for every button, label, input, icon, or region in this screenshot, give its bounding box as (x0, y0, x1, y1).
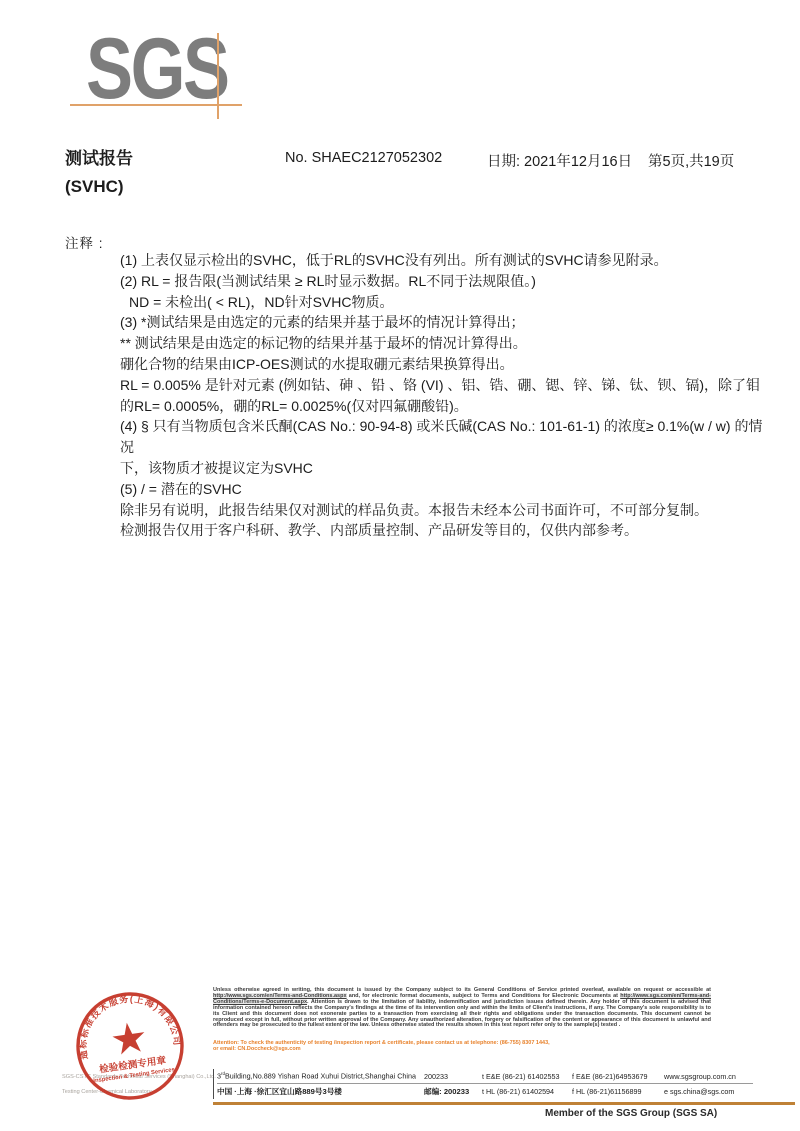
note-line: (4) § 只有当物质包含米氏酮(CAS No.: 90-94-8) 或米氏碱(… (65, 416, 765, 458)
postcode-cn: 邮编: 200233 (424, 1086, 482, 1097)
address-row-cn: 中国 ·上海 ·徐汇区宜山路889号3号楼 邮编: 200233 t HL (8… (217, 1084, 753, 1099)
address-en: 3rdBuilding,No.889 Yishan Road Xuhui Dis… (217, 1071, 424, 1080)
note-line: (5) / = 潜在的SVHC (65, 479, 765, 500)
note-line: (3) *测试结果是由选定的元素的结果并基于最坏的情况计算得出； (65, 312, 765, 333)
note-line: ND = 未检出( < RL)，ND针对SVHC物质。 (65, 292, 765, 313)
attention-line2: or email: CN.Doccheck@sgs.com (213, 1046, 301, 1052)
stamp-star-icon: ★ (107, 1013, 151, 1065)
sgs-member-line: Member of the SGS Group (SGS SA) (545, 1108, 717, 1119)
note-line: 除非另有说明，此报告结果仅对测试的样品负责。本报告未经本公司书面许可，不可部分复… (65, 500, 765, 521)
email: e sgs.china@sgs.com (664, 1087, 753, 1096)
notes-label: 注释 : (65, 232, 104, 252)
website: www.sgsgroup.com.cn (664, 1072, 753, 1081)
report-number: No. SHAEC2127052302 (285, 150, 442, 166)
address-block: 3rdBuilding,No.889 Yishan Road Xuhui Dis… (213, 1069, 753, 1099)
note-line: 硼化合物的结果由ICP-OES测试的水提取硼元素结果换算得出。 (65, 354, 765, 375)
postcode-en: 200233 (424, 1072, 482, 1081)
report-date: 日期: 2021年12月16日 (487, 150, 632, 171)
note-line: (1) 上表仅显示检出的SVHC，低于RL的SVHC没有列出。所有测试的SVHC… (65, 250, 765, 271)
tel-ee: t E&E (86-21) 61402553 (482, 1072, 572, 1081)
footer-orange-rule (213, 1102, 795, 1105)
legal-disclaimer: Unless otherwise agreed in writing, this… (213, 988, 711, 1029)
note-line: 的RL= 0.0005%，硼的RL= 0.0025%(仅对四氟硼酸铅)。 (65, 396, 765, 417)
attention-notice: Attention: To check the authenticity of … (213, 1041, 711, 1053)
page-title-line1: 测试报告 (65, 145, 133, 173)
page-title: 测试报告 (SVHC) (65, 145, 133, 201)
logo-vertical-line (217, 33, 219, 119)
report-page: SGS 测试报告 (SVHC) No. SHAEC2127052302 日期: … (0, 0, 800, 1131)
fax-hl: f HL (86-21)61156899 (572, 1087, 664, 1096)
note-line: (2) RL = 报告限(当测试结果 ≥ RL时显示数据。RL不同于法规限值。) (65, 271, 765, 292)
address-row-en: 3rdBuilding,No.889 Yishan Road Xuhui Dis… (217, 1069, 753, 1084)
note-line: ** 测试结果是由选定的标记物的结果并基于最坏的情况计算得出。 (65, 333, 765, 354)
inspection-seal-stamp: 通标标准技术服务(上海)有限公司 ★ 检验检测专用章 Inspection & … (45, 961, 214, 1130)
note-line: 下，该物质才被提议定为SVHC (65, 458, 765, 479)
notes-list: (1) 上表仅显示检出的SVHC，低于RL的SVHC没有列出。所有测试的SVHC… (65, 250, 765, 541)
page-count: 第5页,共19页 (648, 150, 734, 171)
address-cn: 中国 ·上海 ·徐汇区宜山路889号3号楼 (217, 1086, 424, 1097)
logo-horizontal-line (70, 104, 242, 106)
sgs-logo: SGS (86, 26, 228, 112)
fax-ee: f E&E (86-21)64953679 (572, 1072, 664, 1081)
tel-hl: t HL (86-21) 61402594 (482, 1087, 572, 1096)
page-title-line2: (SVHC) (65, 173, 133, 201)
note-line: RL = 0.005% 是针对元素 (例如钴、砷 、铅 、铬 (VI) 、铝、锆… (65, 375, 765, 396)
note-line: 检测报告仅用于客户科研、教学、内部质量控制、产品研发等目的，仅供内部参考。 (65, 520, 765, 541)
